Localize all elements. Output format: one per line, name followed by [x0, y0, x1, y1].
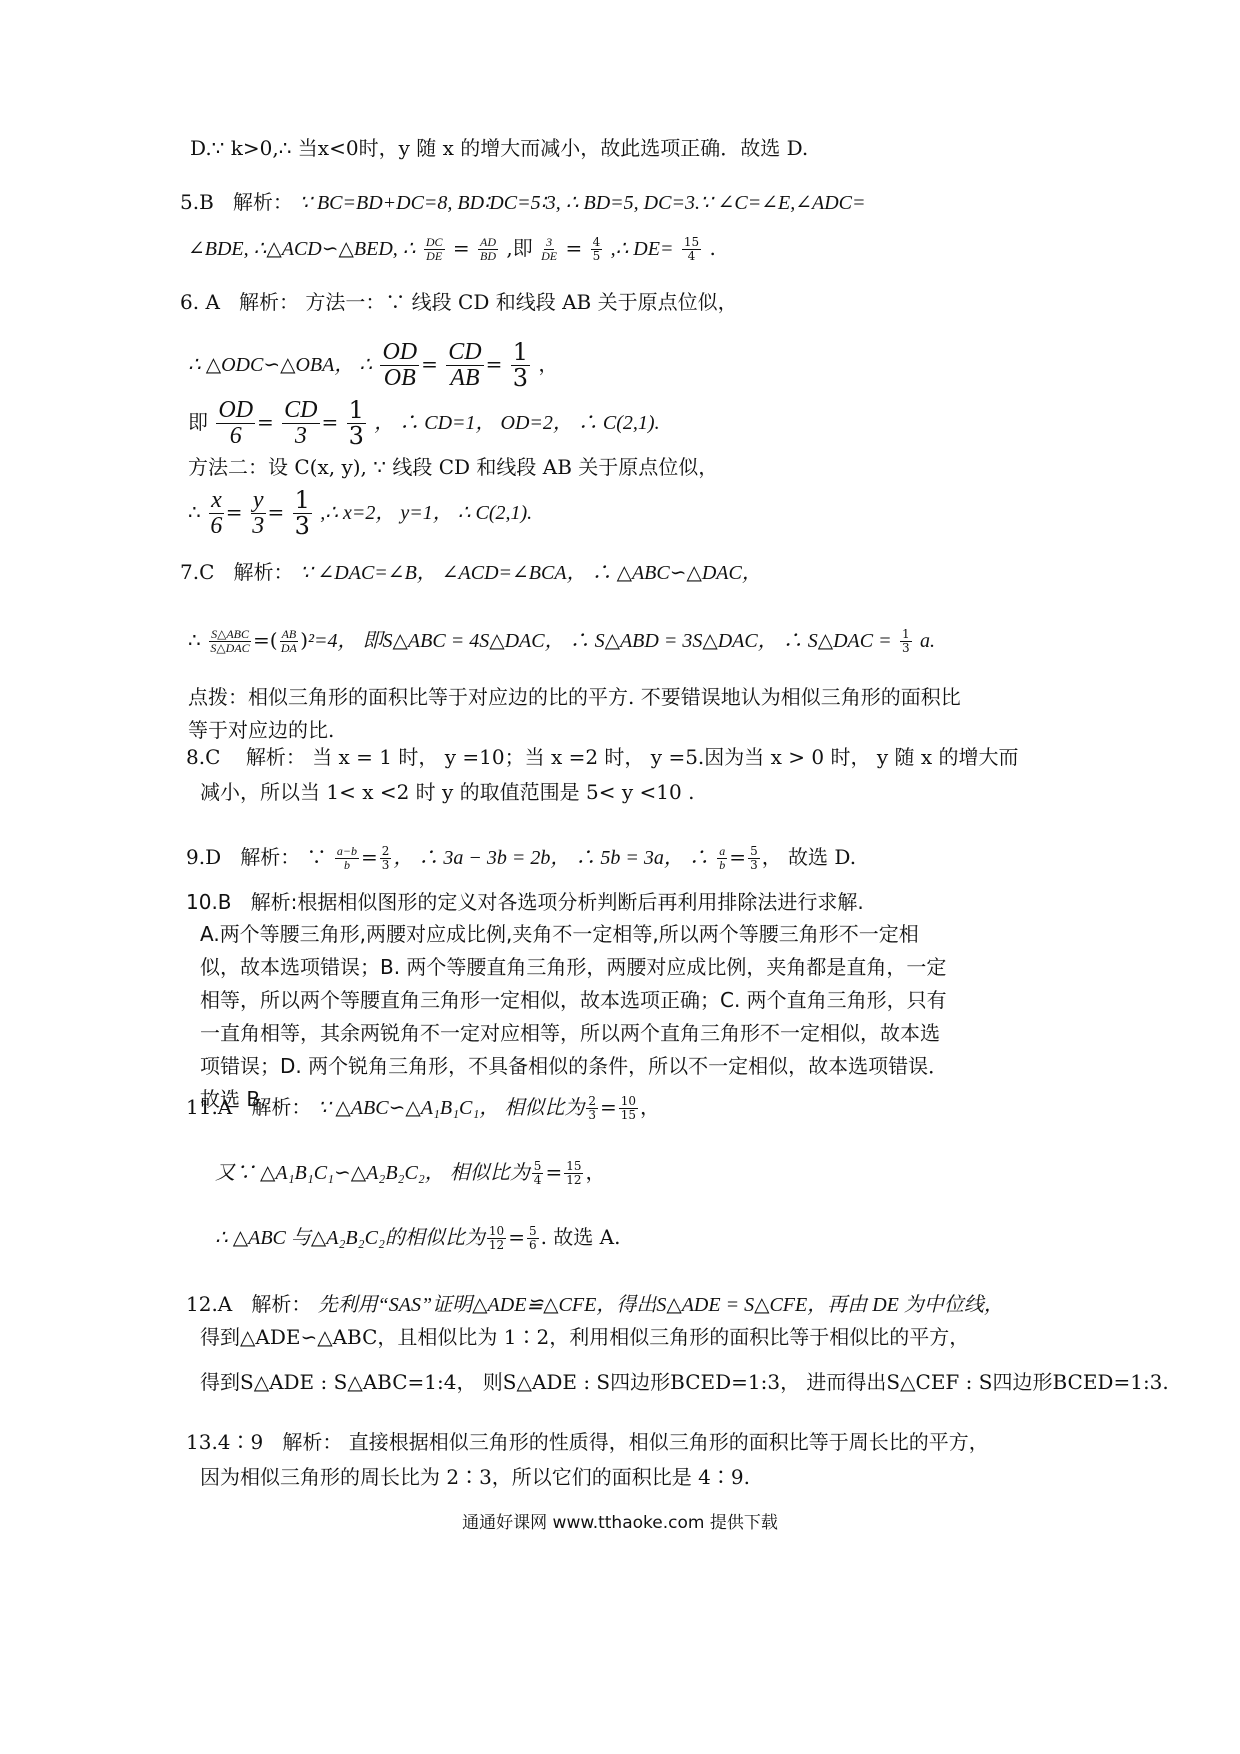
analysis-text: ∵ △ABC∽△A₁B₁C₁， 相似比为	[318, 1097, 585, 1119]
fraction: S△ABCS△DAC	[209, 628, 251, 654]
analysis-label: 解析：	[233, 560, 293, 584]
fraction: OD6	[216, 398, 255, 449]
analysis-text: ∴	[188, 628, 201, 652]
answer-6-line5: ∴ x6= y3= 13 ,∴ x=2， y=1， ∴ C(2,1).	[188, 488, 532, 539]
answer-6: 6. A 解析： 方法一：∵ 线段 CD 和线段 AB 关于原点位似，	[180, 290, 738, 314]
analysis-text: ， ∴ 3a − 3b = 2b， ∴ 5b = 3a， ∴	[393, 847, 709, 869]
fraction: a−bb	[335, 845, 359, 871]
fraction: 13	[293, 488, 312, 539]
answer-11-line3: ∴ △ABC 与△A₂B₂C₂的相似比为1012=56. 故选 A.	[215, 1225, 620, 1252]
analysis-label: 解析：	[233, 190, 293, 214]
analysis-label: 解析：	[251, 1292, 311, 1316]
fraction: 56	[527, 1225, 539, 1251]
answer-11: 11.A 解析： ∵ △ABC∽△A₁B₁C₁， 相似比为23=1015，	[186, 1095, 660, 1122]
fraction: ab	[717, 845, 727, 871]
equals: =	[565, 236, 582, 260]
answer-8: 8.C 解析： 当 x = 1 时， y =10；当 x =2 时， y =5.…	[186, 745, 1019, 769]
period: .	[709, 236, 715, 260]
analysis-label: 解析：	[239, 290, 299, 314]
footer-source: 通通好课网 www.tthaoke.com 提供下载	[0, 1508, 1240, 1533]
tip-line2: 等于对应边的比.	[188, 718, 334, 742]
analysis-label: 解析：	[240, 845, 300, 869]
fraction: 1015	[619, 1095, 638, 1121]
fraction: y3	[251, 488, 266, 539]
answer-label: 13.4∶9	[186, 1430, 263, 1454]
analysis-text: ²=4， 即S△ABC = 4S△DAC， ∴ S△ABD = 3S△DAC， …	[308, 630, 892, 652]
analysis-text: ,∴ DE=	[611, 238, 674, 260]
fraction: 23	[380, 845, 392, 871]
answer-10-body: A.两个等腰三角形,两腰对应成比例,夹角不一定相等,所以两个等腰三角形不一定相似…	[200, 918, 950, 1116]
analysis-text: 即	[188, 410, 208, 434]
tip-line1: 点拨：相似三角形的面积比等于对应边的比的平方. 不要错误地认为相似三角形的面积比	[188, 685, 961, 709]
answer-9: 9.D 解析： ∵ a−bb=23， ∴ 3a − 3b = 2b， ∴ 5b …	[186, 845, 856, 872]
answer-6-line3: 即 OD6= CD3= 13 ， ∴ CD=1， OD=2， ∴ C(2,1).	[188, 398, 660, 449]
analysis-text: ∴ △ODC∽△OBA， ∴	[188, 354, 372, 376]
fraction: ABDA	[280, 628, 299, 654]
analysis-text: 当 x = 1 时， y =10；当 x =2 时， y =5.因为当 x > …	[312, 745, 1018, 769]
answer-10: 10.B 解析:根据相似图形的定义对各选项分析判断后再利用排除法进行求解.	[186, 890, 864, 914]
comma: ，	[538, 352, 558, 376]
analysis-text: ， ∴ CD=1， OD=2， ∴ C(2,1).	[374, 412, 659, 434]
analysis-label: 解析：	[246, 745, 306, 769]
answer-12-line3: 得到S△ADE : S△ABC=1:4， 则S△ADE : S四边形BCED=1…	[200, 1370, 1169, 1394]
answer-label: 12.A	[186, 1292, 232, 1316]
analysis-text: 又∵ △A₁B₁C₁∽△A₂B₂C₂， 相似比为	[215, 1162, 530, 1184]
analysis-text: ， 故选 D.	[762, 845, 856, 869]
fraction: DCDE	[424, 236, 445, 262]
equals: =	[453, 236, 470, 260]
answer-12: 12.A 解析： 先利用“SAS”证明△ADE≌△CFE，得出S△ADE = S…	[186, 1292, 1004, 1317]
fraction: 13	[900, 628, 912, 654]
fraction: 1512	[564, 1160, 583, 1186]
answer-4d-continuation: D.∵ k>0,∴ 当x<0时，y 随 x 的增大而减小，故此选项正确．故选 D…	[190, 136, 808, 160]
fraction: ADBD	[478, 236, 498, 262]
fraction: CDAB	[446, 340, 483, 391]
answer-6-line4: 方法二：设 C(x, y), ∵ 线段 CD 和线段 AB 关于原点位似，	[188, 455, 718, 479]
analysis-text: ∵ BC=BD+DC=8, BD∶DC=5∶3, ∴ BD=5, DC=3.∵ …	[299, 192, 865, 214]
answer-label: 7.C	[180, 560, 214, 584]
answer-label: 11.A	[186, 1095, 232, 1119]
fraction: x6	[209, 488, 224, 539]
analysis-label: 解析：	[251, 1095, 311, 1119]
answer-label: 9.D	[186, 845, 221, 869]
answer-8-line2: 减小，所以当 1< x <2 时 y 的取值范围是 5< y <10 .	[200, 780, 694, 804]
analysis-text: ,即	[506, 236, 532, 260]
answer-13-line2: 因为相似三角形的周长比为 2∶3，所以它们的面积比是 4∶9.	[200, 1465, 750, 1489]
analysis-text: a.	[920, 630, 935, 652]
fraction: 53	[748, 845, 760, 871]
analysis-text: . 故选 A.	[541, 1225, 621, 1249]
answer-13: 13.4∶9 解析： 直接根据相似三角形的性质得，相似三角形的面积比等于周长比的…	[186, 1430, 989, 1454]
analysis-text: 先利用“SAS”证明△ADE≌△CFE，得出S△ADE = S△CFE，再由 D…	[318, 1294, 1004, 1316]
answer-label: 10.B	[186, 890, 232, 914]
analysis-text: ∠BDE, ∴△ACD∽△BED, ∴	[188, 238, 415, 260]
answer-6-line2: ∴ △ODC∽△OBA， ∴ ODOB= CDAB= 13 ，	[188, 340, 558, 391]
answer-label: 5.B	[180, 190, 214, 214]
comma: ，	[585, 1160, 605, 1184]
answer-5-line2: ∠BDE, ∴△ACD∽△BED, ∴ DCDE = ADBD ,即 3DE =…	[188, 236, 716, 263]
answer-7: 7.C 解析： ∵ ∠DAC=∠B， ∠ACD=∠BCA， ∴ △ABC∽△DA…	[180, 560, 762, 585]
analysis-text: ∴	[188, 500, 201, 524]
answer-5: 5.B 解析： ∵ BC=BD+DC=8, BD∶DC=5∶3, ∴ BD=5,…	[180, 190, 866, 215]
fraction: 54	[532, 1160, 544, 1186]
analysis-text: 方法一：∵ 线段 CD 和线段 AB 关于原点位似，	[305, 290, 737, 314]
analysis-text: 解析:根据相似图形的定义对各选项分析判断后再利用排除法进行求解.	[251, 890, 864, 914]
analysis-text: 直接根据相似三角形的性质得，相似三角形的面积比等于周长比的平方，	[349, 1430, 989, 1454]
answer-11-line2: 又∵ △A₁B₁C₁∽△A₂B₂C₂， 相似比为54=1512，	[215, 1160, 605, 1187]
fraction: 13	[511, 340, 530, 391]
analysis-text: ∵	[307, 845, 327, 869]
fraction: 13	[347, 398, 366, 449]
fraction: ODOB	[380, 340, 419, 391]
fraction: CD3	[282, 398, 319, 449]
analysis-text: ∵ ∠DAC=∠B， ∠ACD=∠BCA， ∴ △ABC∽△DAC，	[300, 562, 762, 584]
analysis-text: ∴ △ABC 与△A₂B₂C₂的相似比为	[215, 1227, 485, 1249]
answer-label: 6. A	[180, 290, 220, 314]
answer-7-line2: ∴ S△ABCS△DAC=(ABDA)²=4， 即S△ABC = 4S△DAC，…	[188, 628, 935, 655]
fraction: 154	[682, 236, 701, 262]
fraction: 45	[591, 236, 603, 262]
answer-label: 8.C	[186, 745, 220, 769]
fraction: 3DE	[541, 236, 557, 262]
comma: ，	[640, 1095, 660, 1119]
answer-12-line2: 得到△ADE∽△ABC，且相似比为 1∶2，利用相似三角形的面积比等于相似比的平…	[200, 1325, 969, 1349]
analysis-text: ,∴ x=2， y=1， ∴ C(2,1).	[320, 502, 532, 524]
analysis-label: 解析：	[282, 1430, 342, 1454]
fraction: 1012	[487, 1225, 506, 1251]
fraction: 23	[586, 1095, 598, 1121]
